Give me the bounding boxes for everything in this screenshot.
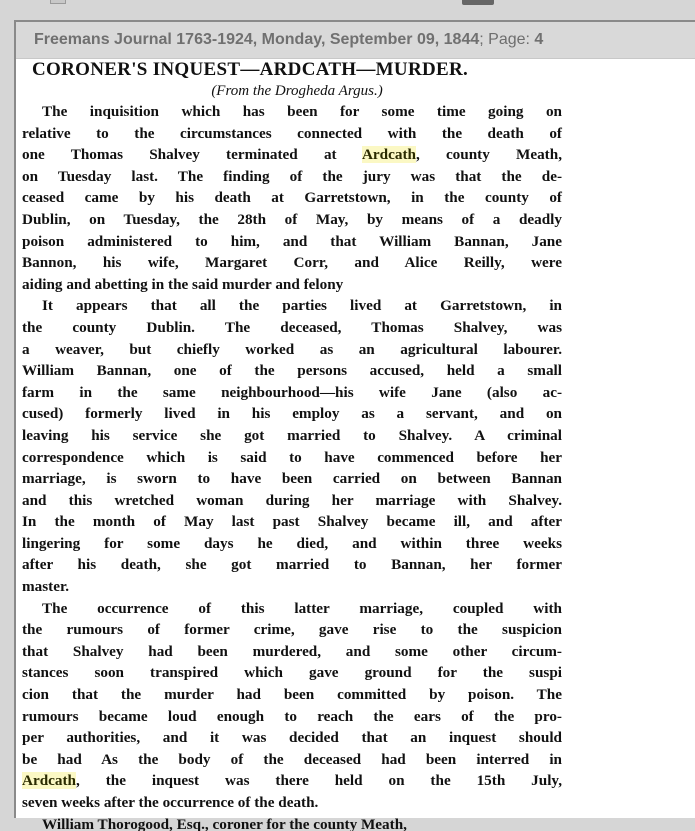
article-line: a weaver, but chiefly worked as an agric… [22,339,562,361]
article-line: per authorities, and it was decided that… [22,727,562,749]
citation-header: Freemans Journal 1763-1924, Monday, Sept… [16,22,695,59]
article-line: that Shalvey had been murdered, and some… [22,641,562,663]
article-source: (From the Drogheda Argus.) [22,81,562,101]
article-line: William Thorogood, Esq., coroner for the… [22,814,562,831]
article-line: lingering for some days he died, and wit… [22,533,562,555]
article-line: one Thomas Shalvey terminated at Ardcath… [22,144,562,166]
article-line: and this wretched woman during her marri… [22,490,562,512]
article-line: rumours became loud enough to reach the … [22,706,562,728]
article-line: The occurrence of this latter marriage, … [22,598,562,620]
article-paragraph: The occurrence of this latter marriage, … [22,598,562,814]
article-line: It appears that all the parties lived at… [22,295,562,317]
article-line: on Tuesday last. The finding of the jury… [22,166,562,188]
article-line: seven weeks after the occurrence of the … [22,792,562,814]
article-line: master. [22,576,562,598]
article-line: Ardcath, the inquest was there held on t… [22,770,562,792]
page-number: 4 [534,31,543,48]
toolbar-button-partial[interactable] [462,0,494,5]
search-term-highlight: Ardcath [362,146,416,163]
clipping-panel: Freemans Journal 1763-1924, Monday, Sept… [14,20,695,818]
article-line: Dublin, on Tuesday, the 28th of May, by … [22,209,562,231]
article-paragraph: It appears that all the parties lived at… [22,295,562,597]
search-term-highlight: Ardcath [22,772,76,789]
article-line: marriage, is sworn to have been carried … [22,468,562,490]
article-headline: CORONER'S INQUEST—ARDCATH—MURDER. [22,59,562,81]
toolbar-button-partial[interactable] [50,0,66,4]
article-line: Bannon, his wife, Margaret Corr, and Ali… [22,252,562,274]
article-line: leaving his service she got married to S… [22,425,562,447]
article-line: cused) formerly lived in his employ as a… [22,403,562,425]
article-line: ceased came by his death at Garretstown,… [22,187,562,209]
article-paragraph: William Thorogood, Esq., coroner for the… [22,814,562,831]
article-line: correspondence which is said to have com… [22,447,562,469]
article-line: poison administered to him, and that Wil… [22,231,562,253]
article-line: after his death, she got married to Bann… [22,554,562,576]
page-label: ; Page: [479,31,534,48]
article-line: aiding and abetting in the said murder a… [22,274,562,296]
article-line: relative to the circumstances connected … [22,123,562,145]
article-paragraph: The inquisition which has been for some … [22,101,562,295]
viewer-toolbar-remnant [0,0,695,6]
article-line: the rumours of former crime, gave rise t… [22,619,562,641]
article-line: farm in the same neighbourhood—his wife … [22,382,562,404]
publication-citation: Freemans Journal 1763-1924, Monday, Sept… [34,31,479,48]
article-line: be had As the body of the deceased had b… [22,749,562,771]
article-line: William Bannan, one of the persons accus… [22,360,562,382]
article-line: cion that the murder had been committed … [22,684,562,706]
article-line: the county Dublin. The deceased, Thomas … [22,317,562,339]
article-body: The inquisition which has been for some … [22,101,562,831]
article-line: The inquisition which has been for some … [22,101,562,123]
article-line: stances soon transpired which gave groun… [22,662,562,684]
newspaper-article: CORONER'S INQUEST—ARDCATH—MURDER. (From … [16,59,562,831]
article-line: In the month of May last past Shalvey be… [22,511,562,533]
